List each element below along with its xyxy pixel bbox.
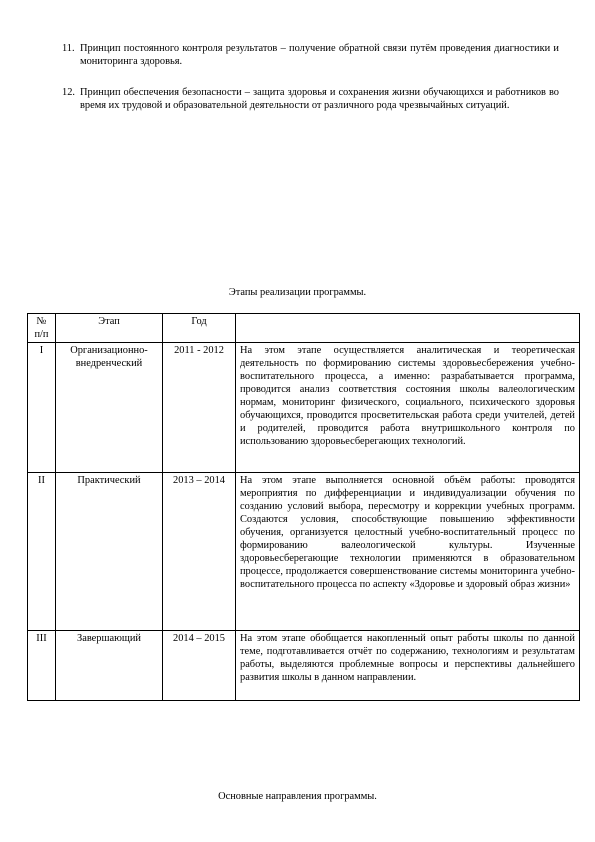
cell-stage: Практический (56, 473, 163, 631)
header-year: Год (163, 314, 236, 343)
list-number: 11. (62, 42, 75, 55)
cell-stage: Завершающий (56, 631, 163, 701)
stages-table: № п/п Этап Год I Организационно-внедренч… (27, 313, 580, 701)
cell-description: На этом этапе выполняется основной объём… (236, 473, 580, 631)
cell-description: На этом этапе обобщается накопленный опы… (236, 631, 580, 701)
cell-number: II (28, 473, 56, 631)
table-row: I Организационно-внедренческий 2011 - 20… (28, 343, 580, 473)
directions-title: Основные направления программы. (0, 790, 595, 803)
table-row: III Завершающий 2014 – 2015 На этом этап… (28, 631, 580, 701)
list-text: Принцип обеспечения безопасности – защит… (62, 86, 559, 112)
cell-year: 2014 – 2015 (163, 631, 236, 701)
header-stage: Этап (56, 314, 163, 343)
list-number: 12. (62, 86, 75, 99)
principle-12: 12. Принцип обеспечения безопасности – з… (62, 86, 559, 112)
cell-year: 2011 - 2012 (163, 343, 236, 473)
table-row: II Практический 2013 – 2014 На этом этап… (28, 473, 580, 631)
cell-number: I (28, 343, 56, 473)
cell-number: III (28, 631, 56, 701)
cell-description: На этом этапе осуществляется аналитическ… (236, 343, 580, 473)
list-text: Принцип постоянного контроля результатов… (62, 42, 559, 68)
header-number: № п/п (28, 314, 56, 343)
principle-11: 11. Принцип постоянного контроля результ… (62, 42, 559, 68)
table-header-row: № п/п Этап Год (28, 314, 580, 343)
cell-year: 2013 – 2014 (163, 473, 236, 631)
stages-title: Этапы реализации программы. (0, 286, 595, 299)
cell-stage: Организационно-внедренческий (56, 343, 163, 473)
header-description (236, 314, 580, 343)
